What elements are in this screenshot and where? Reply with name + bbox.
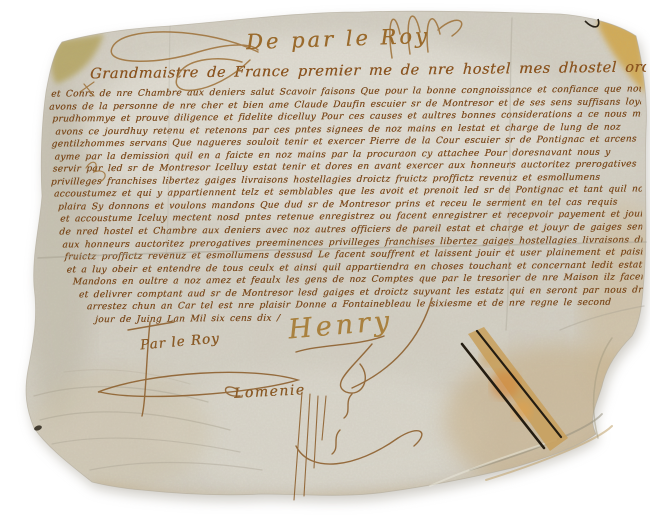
photo-background: De par le Roy Grandmaistre de France pre…	[0, 0, 650, 521]
manuscript-body: et Conrs de nre Chambre aux deniers salu…	[49, 84, 643, 335]
